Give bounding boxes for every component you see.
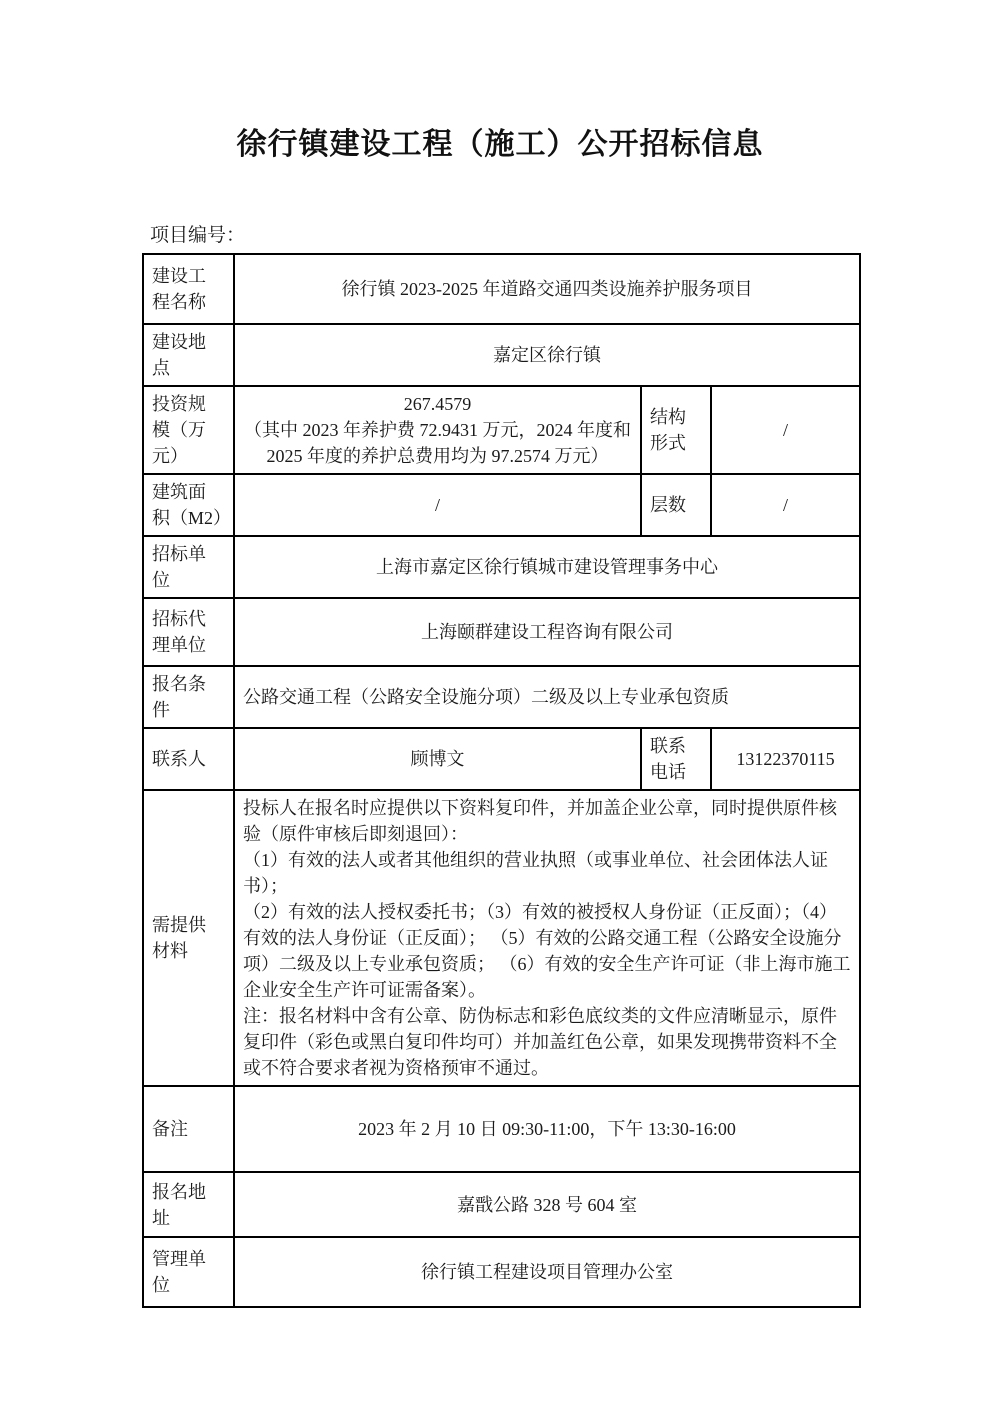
project-name-value-cell: 徐行镇 2023-2025 年道路交通四类设施养护服务项目 [234, 254, 860, 324]
row-remarks: 备注 2023 年 2 月 10 日 09:30-11:00，下午 13:30-… [143, 1086, 860, 1172]
row-registration-address: 报名地 址 嘉戬公路 328 号 604 室 [143, 1172, 860, 1237]
tender-unit-value-cell: 上海市嘉定区徐行镇城市建设管理事务中心 [234, 536, 860, 598]
materials-label-cell: 需提供 材料 [143, 790, 234, 1086]
project-name-label-cell: 建设工 程名称 [143, 254, 234, 324]
materials-paragraph-note: 注：报名材料中含有公章、防伪标志和彩色底纹类的文件应清晰显示，原件复印件（彩色或… [243, 1003, 851, 1081]
tender-agency-label-cell: 招标代 理单位 [143, 598, 234, 666]
investment-amount: 267.4579 [243, 391, 632, 417]
remarks-value-cell: 2023 年 2 月 10 日 09:30-11:00，下午 13:30-16:… [234, 1086, 860, 1172]
contact-phone-value-cell: 13122370115 [711, 728, 860, 790]
investment-value-cell: 267.4579 （其中 2023 年养护费 72.9431 万元，2024 年… [234, 386, 641, 474]
row-tender-agency: 招标代 理单位 上海颐群建设工程咨询有限公司 [143, 598, 860, 666]
row-floor-area: 建筑面 积（M2） / 层数 / [143, 474, 860, 536]
row-project-name: 建设工 程名称 徐行镇 2023-2025 年道路交通四类设施养护服务项目 [143, 254, 860, 324]
bidding-info-table: 建设工 程名称 徐行镇 2023-2025 年道路交通四类设施养护服务项目 建设… [142, 253, 861, 1308]
tender-agency-value-cell: 上海颐群建设工程咨询有限公司 [234, 598, 860, 666]
row-registration-condition: 报名条 件 公路交通工程（公路安全设施分项）二级及以上专业承包资质 [143, 666, 860, 728]
registration-condition-value-cell: 公路交通工程（公路安全设施分项）二级及以上专业承包资质 [234, 666, 860, 728]
remarks-label-cell: 备注 [143, 1086, 234, 1172]
materials-paragraph-items2-6: （2）有效的法人授权委托书；（3）有效的被授权人身份证（正反面）；（4）有效的法… [243, 899, 851, 1003]
document-page: 徐行镇建设工程（施工）公开招标信息 项目编号： 建设工 程名称 徐行镇 2023… [0, 0, 1000, 1414]
materials-value-cell: 投标人在报名时应提供以下资料复印件，并加盖企业公章，同时提供原件核验（原件审核后… [234, 790, 860, 1086]
row-materials: 需提供 材料 投标人在报名时应提供以下资料复印件，并加盖企业公章，同时提供原件核… [143, 790, 860, 1086]
registration-address-value-cell: 嘉戬公路 328 号 604 室 [234, 1172, 860, 1237]
floor-area-value-cell: / [234, 474, 641, 536]
row-investment: 投资规 模（万 元） 267.4579 （其中 2023 年养护费 72.943… [143, 386, 860, 474]
floors-label-cell: 层数 [641, 474, 711, 536]
floor-area-label-cell: 建筑面 积（M2） [143, 474, 234, 536]
project-number-label: 项目编号： [150, 224, 1000, 248]
location-label-cell: 建设地 点 [143, 324, 234, 386]
management-unit-value-cell: 徐行镇工程建设项目管理办公室 [234, 1237, 860, 1307]
registration-address-label-cell: 报名地 址 [143, 1172, 234, 1237]
registration-condition-label-cell: 报名条 件 [143, 666, 234, 728]
contact-phone-label-cell: 联系 电话 [641, 728, 711, 790]
row-management-unit: 管理单 位 徐行镇工程建设项目管理办公室 [143, 1237, 860, 1307]
location-value-cell: 嘉定区徐行镇 [234, 324, 860, 386]
floors-value-cell: / [711, 474, 860, 536]
tender-unit-label-cell: 招标单 位 [143, 536, 234, 598]
row-location: 建设地 点 嘉定区徐行镇 [143, 324, 860, 386]
contact-label-cell: 联系人 [143, 728, 234, 790]
materials-paragraph-intro: 投标人在报名时应提供以下资料复印件，并加盖企业公章，同时提供原件核验（原件审核后… [243, 795, 851, 847]
row-contact: 联系人 顾博文 联系 电话 13122370115 [143, 728, 860, 790]
row-tender-unit: 招标单 位 上海市嘉定区徐行镇城市建设管理事务中心 [143, 536, 860, 598]
structure-type-value-cell: / [711, 386, 860, 474]
investment-label-cell: 投资规 模（万 元） [143, 386, 234, 474]
structure-type-label-cell: 结构 形式 [641, 386, 711, 474]
document-title: 徐行镇建设工程（施工）公开招标信息 [0, 0, 1000, 164]
contact-value-cell: 顾博文 [234, 728, 641, 790]
investment-detail: （其中 2023 年养护费 72.9431 万元，2024 年度和 2025 年… [243, 417, 632, 469]
management-unit-label-cell: 管理单 位 [143, 1237, 234, 1307]
materials-paragraph-item1: （1）有效的法人或者其他组织的营业执照（或事业单位、社会团体法人证书）； [243, 847, 851, 899]
